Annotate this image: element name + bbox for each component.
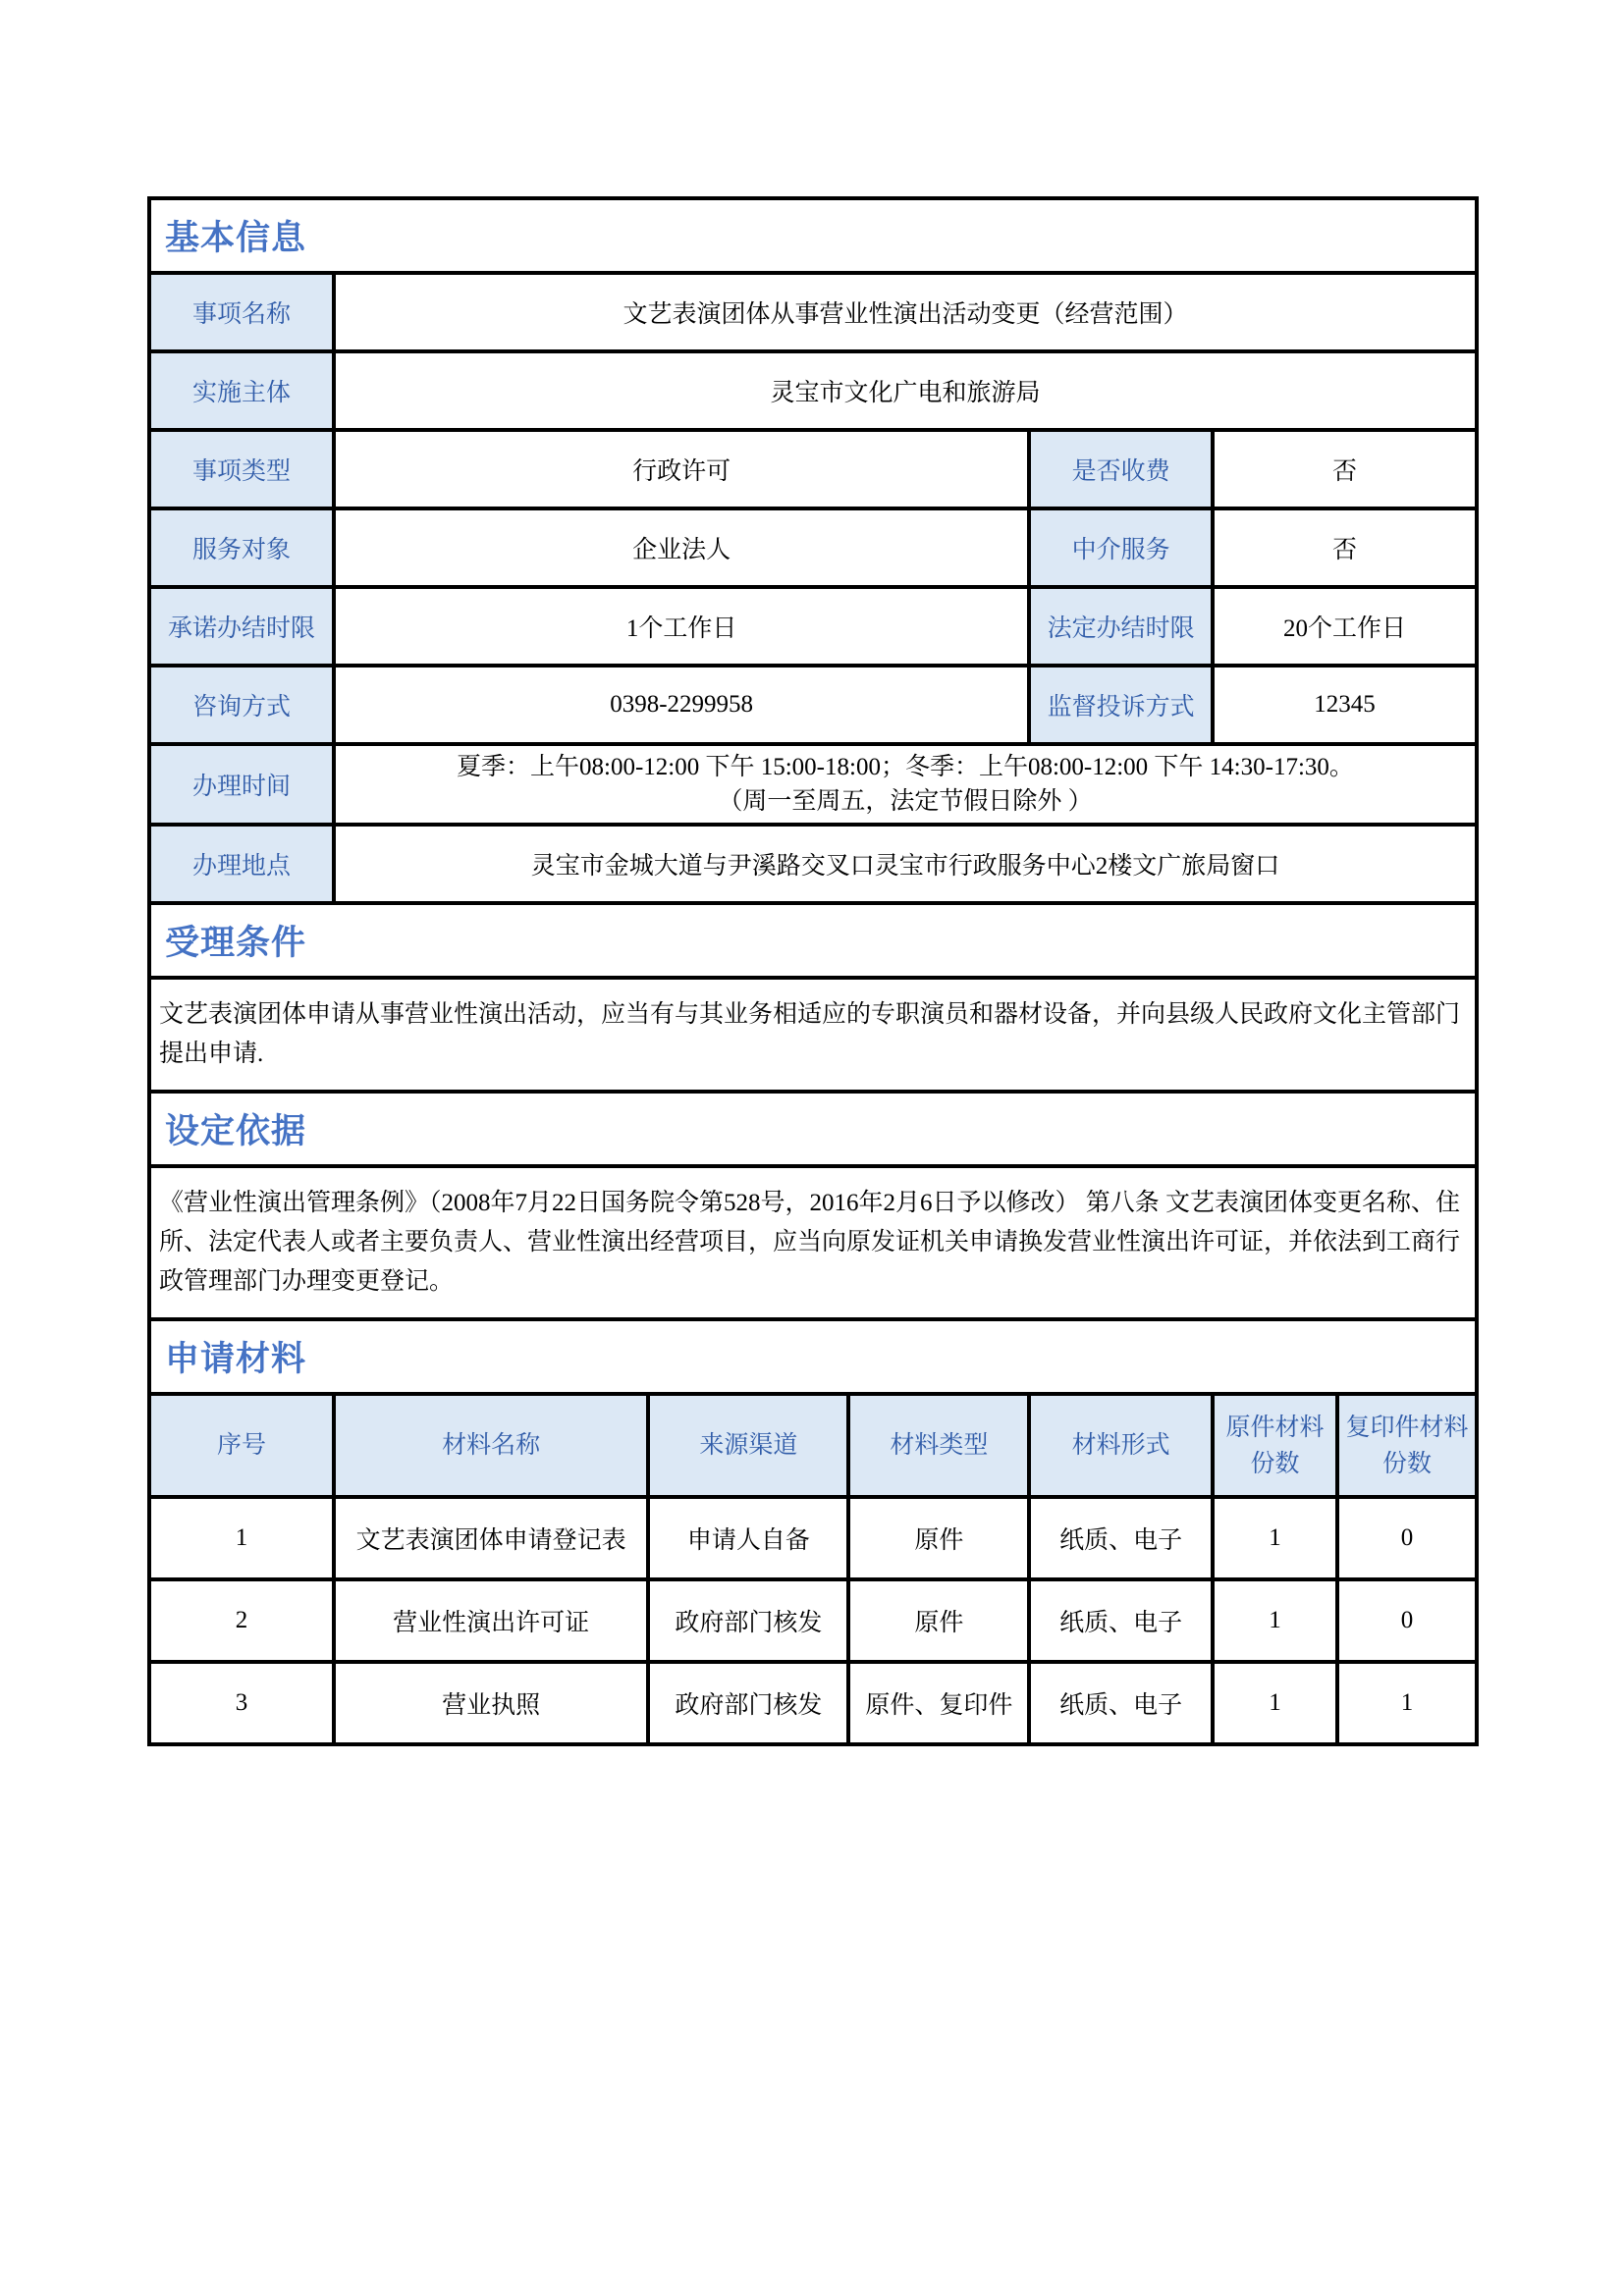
row-office-location: 办理地点 灵宝市金城大道与尹溪路交叉口灵宝市行政服务中心2楼文广旅局窗口 (149, 825, 1477, 903)
value-agency: 灵宝市文化广电和旅游局 (334, 351, 1477, 430)
label-office-location: 办理地点 (149, 825, 334, 903)
materials-cell-seq: 1 (149, 1497, 334, 1579)
materials-header-type: 材料类型 (848, 1394, 1029, 1497)
value-office-location: 灵宝市金城大道与尹溪路交叉口灵宝市行政服务中心2楼文广旅局窗口 (334, 825, 1477, 903)
value-intermediary-service: 否 (1213, 508, 1477, 587)
office-hours-line1: 夏季：上午08:00-12:00 下午 15:00-18:00；冬季：上午08:… (342, 750, 1469, 784)
materials-cell-form: 纸质、电子 (1029, 1662, 1213, 1744)
row-office-hours: 办理时间 夏季：上午08:00-12:00 下午 15:00-18:00；冬季：… (149, 744, 1477, 825)
label-office-hours: 办理时间 (149, 744, 334, 825)
materials-row-1: 1 文艺表演团体申请登记表 申请人自备 原件 纸质、电子 1 0 (149, 1497, 1477, 1579)
row-contact: 咨询方式 0398-2299958 监督投诉方式 12345 (149, 666, 1477, 744)
label-promised-limit: 承诺办结时限 (149, 587, 334, 666)
materials-cell-photocopy-copies: 1 (1337, 1662, 1477, 1744)
materials-header-source: 来源渠道 (648, 1394, 848, 1497)
row-item-name: 事项名称 文艺表演团体从事营业性演出活动变更（经营范围） (149, 273, 1477, 351)
label-statutory-limit: 法定办结时限 (1029, 587, 1213, 666)
materials-cell-source: 申请人自备 (648, 1497, 848, 1579)
materials-cell-source: 政府部门核发 (648, 1579, 848, 1662)
materials-header-photocopy-copies: 复印件材料份数 (1337, 1394, 1477, 1497)
basis-text: 《营业性演出管理条例》（2008年7月22日国务院令第528号，2016年2月6… (149, 1166, 1477, 1319)
materials-cell-name: 营业性演出许可证 (334, 1579, 648, 1662)
label-complaint-phone: 监督投诉方式 (1029, 666, 1213, 744)
row-type-fee: 事项类型 行政许可 是否收费 否 (149, 430, 1477, 508)
materials-cell-form: 纸质、电子 (1029, 1497, 1213, 1579)
value-complaint-phone: 12345 (1213, 666, 1477, 744)
materials-header-original-copies: 原件材料份数 (1213, 1394, 1337, 1497)
acceptance-text: 文艺表演团体申请从事营业性演出活动，应当有与其业务相适应的专职演员和器材设备，并… (149, 978, 1477, 1092)
value-promised-limit: 1个工作日 (334, 587, 1029, 666)
value-service-target: 企业法人 (334, 508, 1029, 587)
section-title-materials: 申请材料 (149, 1319, 1477, 1394)
materials-row-2: 2 营业性演出许可证 政府部门核发 原件 纸质、电子 1 0 (149, 1579, 1477, 1662)
value-item-name: 文艺表演团体从事营业性演出活动变更（经营范围） (334, 273, 1477, 351)
materials-cell-type: 原件 (848, 1579, 1029, 1662)
materials-cell-seq: 3 (149, 1662, 334, 1744)
materials-header-form: 材料形式 (1029, 1394, 1213, 1497)
materials-cell-type: 原件、复印件 (848, 1662, 1029, 1744)
label-service-target: 服务对象 (149, 508, 334, 587)
label-consult-phone: 咨询方式 (149, 666, 334, 744)
label-agency: 实施主体 (149, 351, 334, 430)
office-hours-line2: （周一至周五，法定节假日除外 ） (342, 784, 1469, 819)
materials-cell-source: 政府部门核发 (648, 1662, 848, 1744)
materials-cell-name: 营业执照 (334, 1662, 648, 1744)
label-item-type: 事项类型 (149, 430, 334, 508)
value-is-charged: 否 (1213, 430, 1477, 508)
section-row-basis: 设定依据 (149, 1092, 1477, 1166)
materials-header-name: 材料名称 (334, 1394, 648, 1497)
materials-cell-seq: 2 (149, 1579, 334, 1662)
section-title-basic-info: 基本信息 (149, 198, 1477, 273)
materials-cell-original-copies: 1 (1213, 1497, 1337, 1579)
materials-header-seq: 序号 (149, 1394, 334, 1497)
label-item-name: 事项名称 (149, 273, 334, 351)
materials-cell-type: 原件 (848, 1497, 1029, 1579)
row-target-agent: 服务对象 企业法人 中介服务 否 (149, 508, 1477, 587)
label-intermediary-service: 中介服务 (1029, 508, 1213, 587)
materials-cell-original-copies: 1 (1213, 1662, 1337, 1744)
label-is-charged: 是否收费 (1029, 430, 1213, 508)
section-row-basic-info: 基本信息 (149, 198, 1477, 273)
row-agency: 实施主体 灵宝市文化广电和旅游局 (149, 351, 1477, 430)
materials-header-row: 序号 材料名称 来源渠道 材料类型 材料形式 原件材料份数 复印件材料份数 (149, 1394, 1477, 1497)
materials-cell-photocopy-copies: 0 (1337, 1497, 1477, 1579)
row-time-limit: 承诺办结时限 1个工作日 法定办结时限 20个工作日 (149, 587, 1477, 666)
section-row-acceptance: 受理条件 (149, 903, 1477, 978)
document-page: 基本信息 事项名称 文艺表演团体从事营业性演出活动变更（经营范围） 实施主体 灵… (147, 196, 1479, 1746)
value-item-type: 行政许可 (334, 430, 1029, 508)
row-acceptance-text: 文艺表演团体申请从事营业性演出活动，应当有与其业务相适应的专职演员和器材设备，并… (149, 978, 1477, 1092)
section-title-acceptance: 受理条件 (149, 903, 1477, 978)
materials-cell-original-copies: 1 (1213, 1579, 1337, 1662)
row-basis-text: 《营业性演出管理条例》（2008年7月22日国务院令第528号，2016年2月6… (149, 1166, 1477, 1319)
section-title-basis: 设定依据 (149, 1092, 1477, 1166)
value-statutory-limit: 20个工作日 (1213, 587, 1477, 666)
value-office-hours: 夏季：上午08:00-12:00 下午 15:00-18:00；冬季：上午08:… (334, 744, 1477, 825)
service-item-table: 基本信息 事项名称 文艺表演团体从事营业性演出活动变更（经营范围） 实施主体 灵… (147, 196, 1479, 1746)
materials-cell-form: 纸质、电子 (1029, 1579, 1213, 1662)
value-consult-phone: 0398-2299958 (334, 666, 1029, 744)
section-row-materials: 申请材料 (149, 1319, 1477, 1394)
materials-row-3: 3 营业执照 政府部门核发 原件、复印件 纸质、电子 1 1 (149, 1662, 1477, 1744)
materials-cell-photocopy-copies: 0 (1337, 1579, 1477, 1662)
materials-cell-name: 文艺表演团体申请登记表 (334, 1497, 648, 1579)
